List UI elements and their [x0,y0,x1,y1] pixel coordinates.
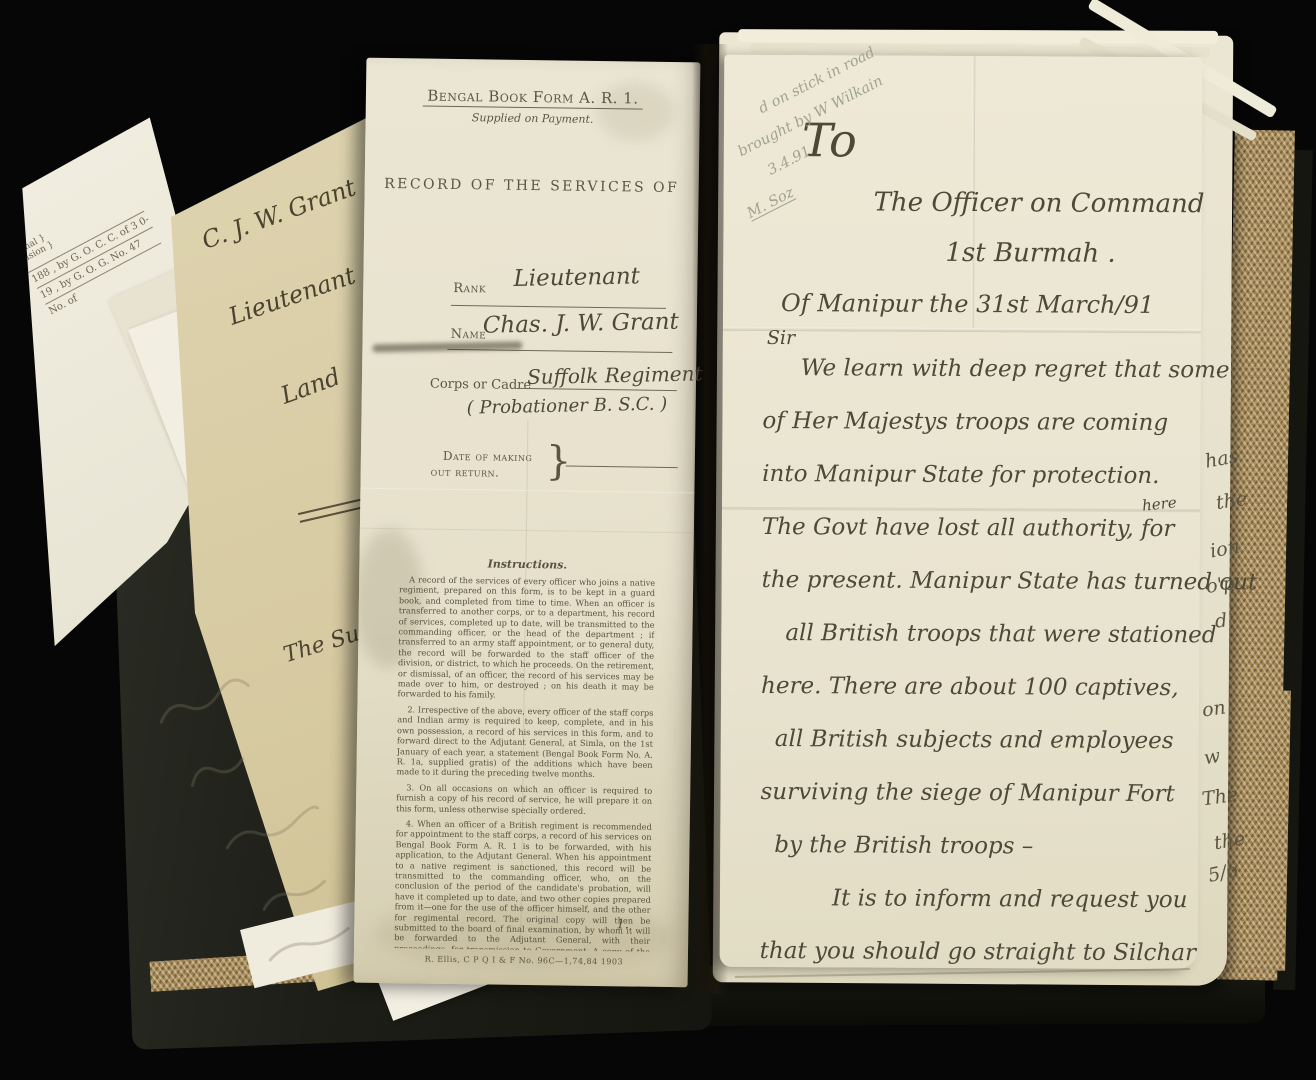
name-label: Name [451,327,487,342]
instructions-block: Instructions. A record of the services o… [394,556,655,952]
letter-line: by the British troops – [760,832,1200,887]
crease-line [360,488,694,494]
instruction-paragraph: 2. Irrespective of the above, every offi… [396,704,653,780]
name-value: Chas. J. W. Grant [483,309,679,339]
letter-line: here. There are about 100 captives, [761,673,1201,728]
corps-label: Corps or Cadre [430,377,531,393]
instruction-paragraph: 3. On all occasions on which an officer … [396,782,652,817]
ink-smudge [372,341,522,352]
rank-underline [451,305,666,309]
form-page-marker: 1. [616,917,629,932]
letter-line: all British troops that were stationed [761,620,1201,675]
grant-rank-handwriting: Lieutenant [225,261,359,330]
letter-line: The Govt have lost all authority, for [762,514,1202,569]
crease-line [360,528,694,534]
letter-line: surviving the siege of Manipur Fort [760,779,1200,834]
rank-label: Rank [453,281,486,296]
letter-salutation: Sir [767,327,795,349]
edge-fragment: d [1214,609,1228,632]
edge-fragment: on [1201,696,1228,721]
grant-land-handwriting: Land [277,362,344,409]
corps-underline [517,388,677,391]
letter-line: that you should go straight to Silchar [759,938,1199,993]
letter-line: of Her Majestys troops are coming [762,408,1202,463]
edge-fragment: o'p [1205,572,1237,598]
form-header-text: Bengal Book Form A. R. 1. [423,87,643,110]
record-of-services-form: Bengal Book Form A. R. 1. Supplied on Pa… [354,58,701,988]
photo-of-open-record-book: ional } cision } 188 , by G. O. C. C. of… [0,0,1316,1080]
instruction-paragraph: 4. When an officer of a British regiment… [394,818,652,952]
rank-value: Lieutenant [513,263,640,292]
date-label-1: Date of making [443,449,533,464]
letter-line: into Manipur State for protection. [762,461,1202,516]
letter-line: the present. Manipur State has turned ou… [761,567,1201,622]
corps-value2: ( Probationer B. S.C. ) [466,393,667,418]
edge-fragment: the [1215,488,1249,514]
form-title: RECORD OF THE SERVICES OF [365,176,699,197]
date-brace: } [546,438,572,484]
date-underline [566,466,678,469]
letter-line: It is to inform and request you [760,885,1200,940]
letter-line: all British subjects and employees [761,726,1201,781]
inserted-word: here [1141,493,1177,514]
letter-body: We learn with deep regret that some of H… [759,355,1202,993]
letter-dateline: Of Manipur the 31st March/91 [781,289,1154,319]
grant-name-handwriting: C. J. W. Grant [198,173,359,255]
corps-value: Suffolk Regiment [527,361,703,389]
instruction-paragraph: A record of the services of every office… [398,574,656,702]
form-imprint: R. Ellis, C P Q I & F No. 96C—1,74,84 19… [414,954,634,966]
letter-address-line2: 1st Burmah . [945,238,1115,269]
form-header: Bengal Book Form A. R. 1. [366,86,700,109]
letter-line: We learn with deep regret that some [763,355,1203,410]
date-label-2: out return. [431,465,500,480]
letter-address-line1: The Officer on Command [874,188,1205,220]
instructions-title: Instructions. [399,556,655,573]
